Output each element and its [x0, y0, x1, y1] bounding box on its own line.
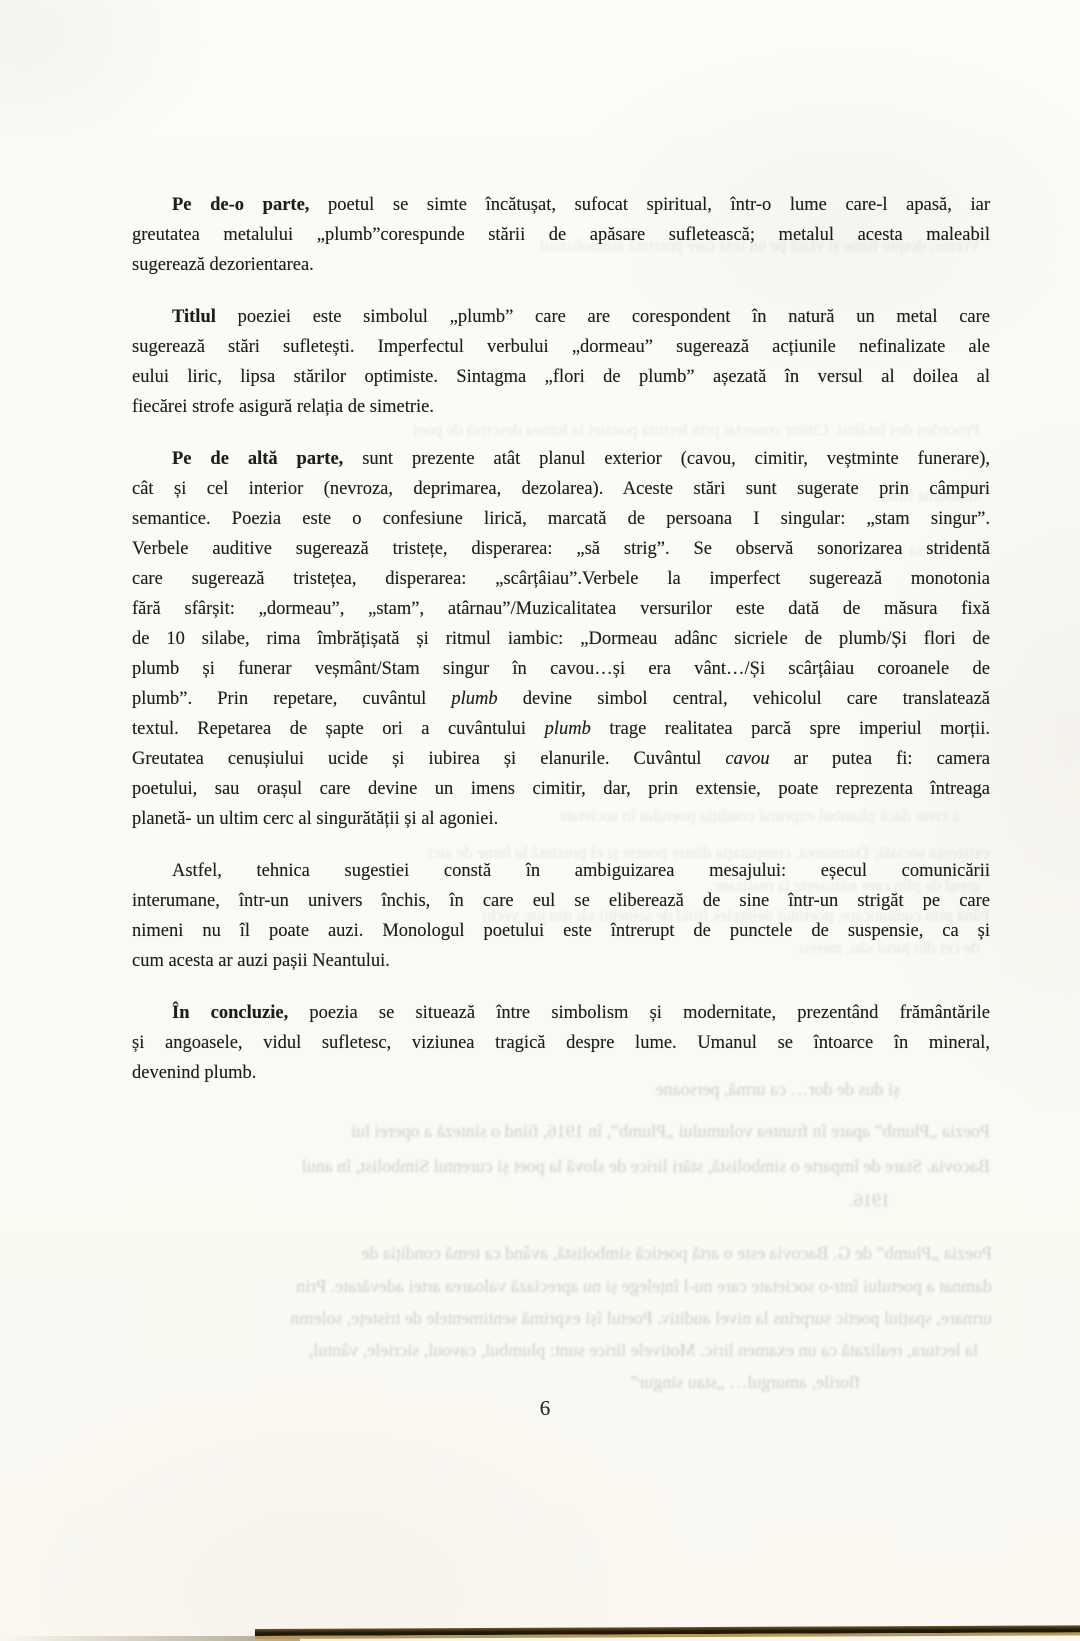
bleed-through-line-6: damnat a poetului într-o societate care … — [116, 1276, 992, 1297]
bleed-through-line-3: Bacovia. Stare de împarte o simbolistă, … — [118, 1156, 990, 1177]
paragraph-4-line-2: interumane, într-un univers închis, în c… — [132, 886, 990, 916]
paragraph-5-line-3: devenind plumb. — [132, 1058, 990, 1088]
page-number: 6 — [530, 1396, 560, 1421]
paragraph-3-line-12: poetului, sau orașul care devine un imen… — [132, 774, 990, 804]
bleed-through-line-9: florile, amurgul… „stau singur” — [440, 1372, 860, 1393]
paragraph-3-line-4: Verbele auditive sugerează tristețe, dis… — [132, 534, 990, 564]
paragraph-3-line-6: fără sfârșit: „dormeau”, „stam”, atârnau… — [132, 594, 990, 624]
paragraph-1-line-2: greutatea metalului „plumb”corespunde st… — [132, 220, 990, 250]
paragraph-2-line-4: fiecărei strofe asigură relația de simet… — [132, 392, 990, 422]
paragraph-3-line-7: de 10 silabe, rima îmbrățișată și ritmul… — [132, 624, 990, 654]
paragraph-3-line-13: planetă- un ultim cerc al singurătății ș… — [132, 804, 990, 834]
paragraph-3-line-8: plumb și funerar veșmânt/Stam singur în … — [132, 654, 990, 684]
bleed-through-line-8: la lectura, realizată ca un examen liric… — [128, 1340, 978, 1361]
paragraph-3-line-10: textul. Repetarea de șapte ori a cuvântu… — [132, 714, 990, 744]
paragraph-4-line-1: Astfel, tehnica sugestiei constă în ambi… — [132, 856, 990, 886]
paragraph-3-line-9: plumb”. Prin repetare, cuvântul plumb de… — [132, 684, 990, 714]
paragraph-4: Astfel, tehnica sugestiei constă în ambi… — [132, 856, 990, 976]
paragraph-3-line-5: care sugerează tristețea, disperarea: „s… — [132, 564, 990, 594]
paragraph-4-line-3: nimeni nu îl poate auzi. Monologul poetu… — [132, 916, 990, 946]
bleed-through-line-7: urmare, spațiul poetic surprins la nivel… — [120, 1308, 992, 1329]
paragraph-5-line-1: În concluzie, poezia se situează între s… — [132, 998, 990, 1028]
essay-text-block: Pe de-o parte, poetul se simte încătușat… — [132, 190, 990, 1110]
paragraph-2-line-1: Titlul poeziei este simbolul „plumb” car… — [132, 302, 990, 332]
paragraph-2: Titlul poeziei este simbolul „plumb” car… — [132, 302, 990, 422]
scanned-page: Vreme, despre lume și viață pe un text c… — [0, 0, 1080, 1641]
bleed-through-line-2: Poezia „Plumb” apare în fruntea volumulu… — [130, 1121, 990, 1142]
paragraph-3: Pe de altă parte, sunt prezente atât pla… — [132, 444, 990, 834]
scan-edge-bar — [255, 1625, 1080, 1639]
paragraph-3-line-11: Greutatea cenușiului ucide și iubirea și… — [132, 744, 990, 774]
paragraph-5: În concluzie, poezia se situează între s… — [132, 998, 990, 1088]
bleed-through-line-4: 1916. — [780, 1190, 890, 1211]
paragraph-1: Pe de-o parte, poetul se simte încătușat… — [132, 190, 990, 280]
paragraph-4-line-4: cum acesta ar auzi pașii Neantului. — [132, 946, 990, 976]
paragraph-2-line-3: eului liric, lipsa stărilor optimiste. S… — [132, 362, 990, 392]
bleed-through-line-5: Poezia „Plumb” de G. Bacovia este o artă… — [130, 1243, 992, 1264]
paragraph-5-line-2: și angoasele, vidul sufletesc, viziunea … — [132, 1028, 990, 1058]
paragraph-3-line-1: Pe de altă parte, sunt prezente atât pla… — [132, 444, 990, 474]
paragraph-1-line-1: Pe de-o parte, poetul se simte încătușat… — [132, 190, 990, 220]
paragraph-1-line-3: sugerează dezorientarea. — [132, 250, 990, 280]
paragraph-2-line-2: sugerează stări sufletești. Imperfectul … — [132, 332, 990, 362]
paragraph-3-line-3: semantice. Poezia este o confesiune liri… — [132, 504, 990, 534]
paragraph-3-line-2: cât și cel interior (nevroza, deprimarea… — [132, 474, 990, 504]
